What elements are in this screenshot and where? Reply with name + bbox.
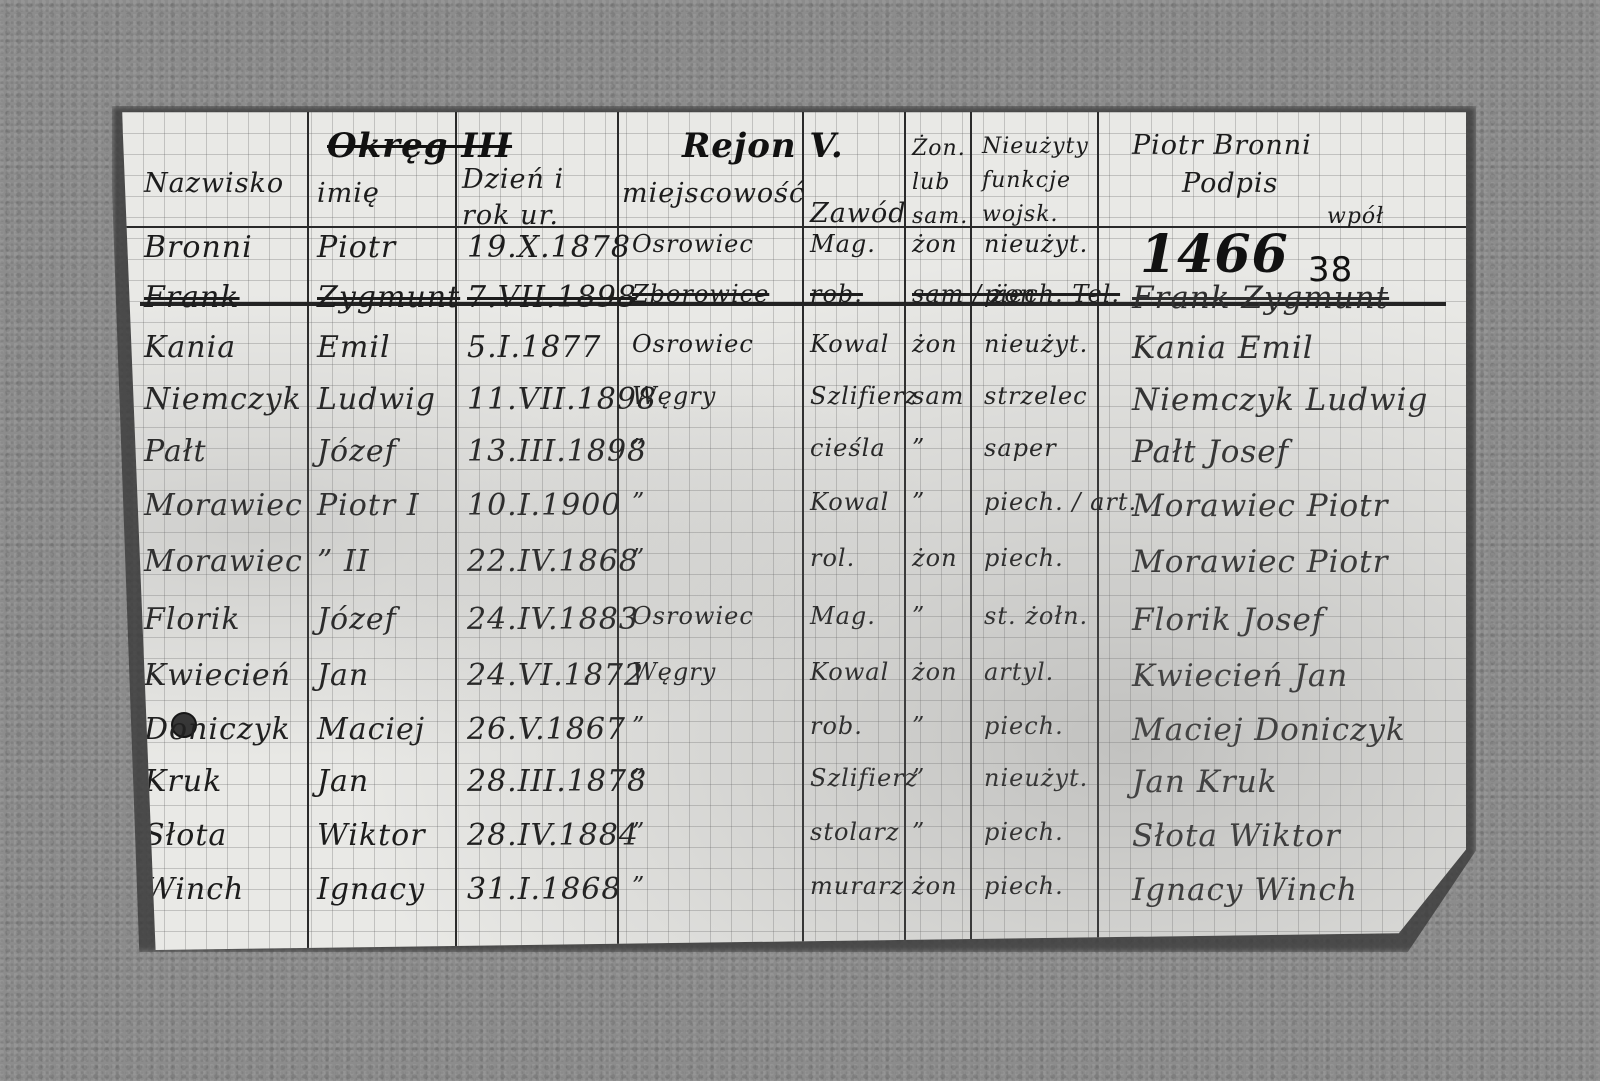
row-first-name: Emil: [317, 330, 391, 365]
row-birth: 19.X.1878: [467, 230, 631, 265]
header-surname: Nazwisko: [144, 168, 284, 199]
header-occupation: Zawód: [810, 198, 907, 229]
row-birth: 10.I.1900: [467, 488, 621, 523]
row-occupation: murarz: [810, 872, 904, 900]
row-military: st. żołn.: [984, 602, 1088, 630]
row-place: ”: [632, 544, 645, 572]
row-military: saper: [984, 434, 1057, 462]
top-right-note: Piotr Bronni: [1132, 130, 1312, 161]
row-place: Zborowice: [632, 280, 769, 308]
row-surname: Florik: [144, 602, 241, 637]
header-signature: Podpis: [1182, 168, 1278, 199]
row-military: piech.: [984, 544, 1064, 572]
row-first-name: Piotr: [317, 230, 396, 265]
row-occupation: rob.: [810, 280, 863, 308]
row-birth: 24.IV.1883: [467, 602, 639, 637]
row-surname: Niemczyk: [144, 382, 302, 417]
row-status: sam: [912, 382, 964, 410]
row-place: ”: [632, 488, 645, 516]
row-place: ”: [632, 872, 645, 900]
column-divider: [455, 112, 457, 950]
row-first-name: Zygmunt: [317, 280, 460, 315]
row-military: piech. / art.: [984, 488, 1137, 516]
row-occupation: rol.: [810, 544, 855, 572]
column-divider: [904, 112, 906, 950]
region-label: Rejon V.: [682, 126, 844, 166]
row-first-name: Ludwig: [317, 382, 436, 417]
row-place: ”: [632, 434, 645, 462]
row-signature: Kania Emil: [1132, 330, 1314, 366]
row-signature: Maciej Doniczyk: [1132, 712, 1406, 748]
row-surname: Morawiec: [144, 488, 303, 523]
row-occupation: Szlifierz: [810, 764, 918, 792]
header-birth: Dzień i rok ur.: [462, 162, 612, 234]
row-signature: Morawiec Piotr: [1132, 488, 1388, 524]
row-status: ”: [912, 764, 925, 792]
corner-note: wpół: [1327, 204, 1384, 229]
row-military: nieużyt.: [984, 230, 1088, 258]
row-surname: Bronni: [144, 230, 253, 265]
row-status: żon: [912, 330, 958, 358]
register-sheet: Nazwisko imię Okręg III Dzień i rok ur. …: [122, 112, 1466, 950]
row-birth: 7.VII.1898: [467, 280, 637, 315]
row-signature: Pałt Josef: [1132, 434, 1289, 470]
row-signature: Jan Kruk: [1132, 764, 1277, 800]
column-divider: [307, 112, 309, 950]
row-occupation: rob.: [810, 712, 863, 740]
row-place: ”: [632, 764, 645, 792]
index-number: 1466: [1140, 224, 1289, 285]
row-place: ”: [632, 818, 645, 846]
row-birth: 28.III.1878: [467, 764, 647, 799]
row-occupation: Kowal: [810, 488, 889, 516]
row-first-name: Józef: [317, 602, 397, 637]
row-first-name: ” II: [317, 544, 370, 579]
row-military: piech.: [984, 872, 1064, 900]
row-occupation: stolarz: [810, 818, 900, 846]
row-first-name: Piotr I: [317, 488, 420, 523]
row-occupation: Szlifierz: [810, 382, 918, 410]
row-signature: Frank Zygmunt: [1132, 280, 1389, 316]
row-surname: Kwiecień: [144, 658, 291, 693]
row-occupation: Mag.: [810, 602, 876, 630]
row-occupation: cieśla: [810, 434, 886, 462]
row-surname: Pałt: [144, 434, 207, 469]
row-status: żon: [912, 544, 958, 572]
row-signature: Słota Wiktor: [1132, 818, 1341, 854]
row-occupation: Mag.: [810, 230, 876, 258]
row-signature: Niemczyk Ludwig: [1132, 382, 1428, 418]
row-status: żon: [912, 658, 958, 686]
row-surname: Kania: [144, 330, 236, 365]
row-signature: Florik Josef: [1132, 602, 1324, 638]
row-birth: 24.VI.1872: [467, 658, 644, 693]
row-place: Węgry: [632, 382, 716, 410]
row-signature: Kwiecień Jan: [1132, 658, 1348, 694]
row-military: strzelec: [984, 382, 1088, 410]
row-surname: Kruk: [144, 764, 222, 799]
row-surname: Morawiec: [144, 544, 303, 579]
row-first-name: Maciej: [317, 712, 425, 747]
row-first-name: Jan: [317, 764, 369, 799]
row-place: Osrowiec: [632, 330, 754, 358]
column-divider: [1097, 112, 1099, 950]
row-place: Osrowiec: [632, 602, 754, 630]
row-birth: 11.VII.1898: [467, 382, 657, 417]
row-status: ”: [912, 488, 925, 516]
row-signature: Ignacy Winch: [1132, 872, 1358, 908]
row-military: nieużyt.: [984, 330, 1088, 358]
row-status: żon: [912, 230, 958, 258]
row-birth: 26.V.1867: [467, 712, 626, 747]
row-birth: 31.I.1868: [467, 872, 621, 907]
column-divider: [970, 112, 972, 950]
row-first-name: Wiktor: [317, 818, 426, 853]
header-place: miejscowość: [622, 178, 805, 209]
row-surname: Słota: [144, 818, 227, 853]
header-status: Żon. lub sam.: [912, 132, 982, 234]
column-divider: [802, 112, 804, 950]
row-birth: 28.IV.1884: [467, 818, 639, 853]
row-military: piech.: [984, 712, 1064, 740]
row-place: ”: [632, 712, 645, 740]
row-military: piech.: [984, 818, 1064, 846]
row-status: ”: [912, 434, 925, 462]
district-label: Okręg III: [327, 126, 512, 166]
header-military: Nieużyty funkcje wojsk.: [982, 130, 1102, 232]
row-status: ”: [912, 818, 925, 846]
row-place: Węgry: [632, 658, 716, 686]
row-military: piech. Tel.: [984, 280, 1120, 308]
row-status: żon: [912, 872, 958, 900]
row-first-name: Ignacy: [317, 872, 425, 907]
row-birth: 5.I.1877: [467, 330, 601, 365]
row-military: nieużyt.: [984, 764, 1088, 792]
header-first-name: imię: [317, 178, 380, 209]
row-status: ”: [912, 602, 925, 630]
row-status: ”: [912, 712, 925, 740]
row-first-name: Jan: [317, 658, 369, 693]
row-signature: Morawiec Piotr: [1132, 544, 1388, 580]
row-birth: 22.IV.1868: [467, 544, 639, 579]
row-surname: Frank: [144, 280, 240, 315]
row-occupation: Kowal: [810, 330, 889, 358]
row-place: Osrowiec: [632, 230, 754, 258]
row-military: artyl.: [984, 658, 1054, 686]
row-surname: Doniczyk: [144, 712, 291, 747]
row-birth: 13.III.1898: [467, 434, 647, 469]
row-surname: Winch: [144, 872, 244, 907]
row-first-name: Józef: [317, 434, 397, 469]
row-occupation: Kowal: [810, 658, 889, 686]
